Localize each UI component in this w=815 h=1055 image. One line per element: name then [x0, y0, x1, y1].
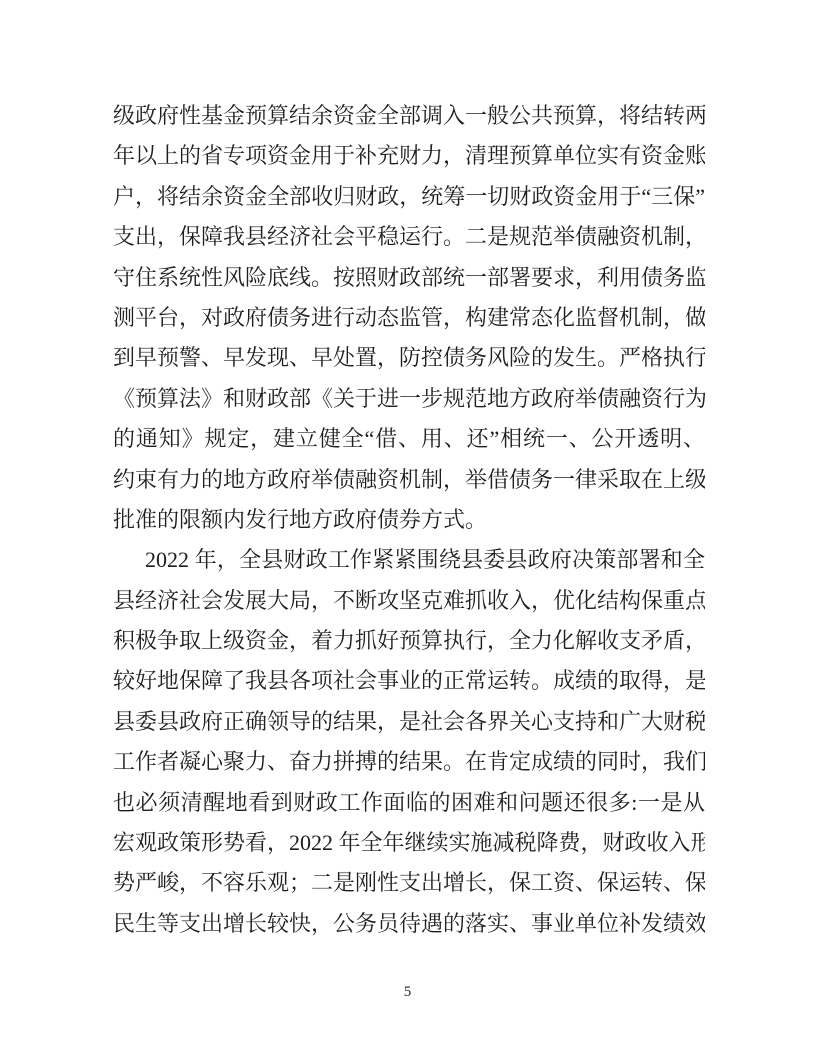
- text-line: 积极争取上级资金，着力抓好预算执行，全力化解收支矛盾，: [113, 621, 705, 661]
- text-line: 《预算法》和财政部《关于进一步规范地方政府举债融资行为: [113, 379, 705, 419]
- document-body: 级政府性基金预算结余资金全部调入一般公共预算，将结转两年以上的省专项资金用于补充…: [113, 96, 705, 944]
- text-line: 县经济社会发展大局，不断攻坚克难抓收入，优化结构保重点，: [113, 581, 705, 621]
- text-line: 工作者凝心聚力、奋力拼搏的结果。在肯定成绩的同时，我们: [113, 742, 705, 782]
- text-line: 较好地保障了我县各项社会事业的正常运转。成绩的取得，是: [113, 661, 705, 701]
- text-line: 的通知》规定，建立健全“借、用、还”相统一、公开透明、: [113, 419, 705, 459]
- page-number: 5: [0, 984, 815, 1001]
- text-line: 势严峻，不容乐观；二是刚性支出增长，保工资、保运转、保: [113, 863, 705, 903]
- text-line: 2022 年，全县财政工作紧紧围绕县委县政府决策部署和全: [113, 540, 705, 580]
- text-line: 也必须清醒地看到财政工作面临的困难和问题还很多:一是从: [113, 783, 705, 823]
- text-line: 级政府性基金预算结余资金全部调入一般公共预算，将结转两: [113, 96, 705, 136]
- text-line: 年以上的省专项资金用于补充财力，清理预算单位实有资金账: [113, 136, 705, 176]
- text-line: 宏观政策形势看，2022 年全年继续实施减税降费，财政收入形: [113, 823, 705, 863]
- text-line: 支出，保障我县经济社会平稳运行。二是规范举债融资机制，: [113, 217, 705, 257]
- text-line: 批准的限额内发行地方政府债券方式。: [113, 500, 705, 540]
- text-line: 县委县政府正确领导的结果，是社会各界关心支持和广大财税: [113, 702, 705, 742]
- text-line: 守住系统性风险底线。按照财政部统一部署要求，利用债务监: [113, 258, 705, 298]
- text-line: 户，将结余资金全部收归财政，统筹一切财政资金用于“三保”: [113, 177, 705, 217]
- text-line: 测平台，对政府债务进行动态监管，构建常态化监督机制，做: [113, 298, 705, 338]
- document-page: 级政府性基金预算结余资金全部调入一般公共预算，将结转两年以上的省专项资金用于补充…: [0, 0, 815, 1055]
- text-line: 到早预警、早发现、早处置，防控债务风险的发生。严格执行: [113, 338, 705, 378]
- text-line: 民生等支出增长较快，公务员待遇的落实、事业单位补发绩效: [113, 904, 705, 944]
- text-line: 约束有力的地方政府举债融资机制，举借债务一律采取在上级: [113, 460, 705, 500]
